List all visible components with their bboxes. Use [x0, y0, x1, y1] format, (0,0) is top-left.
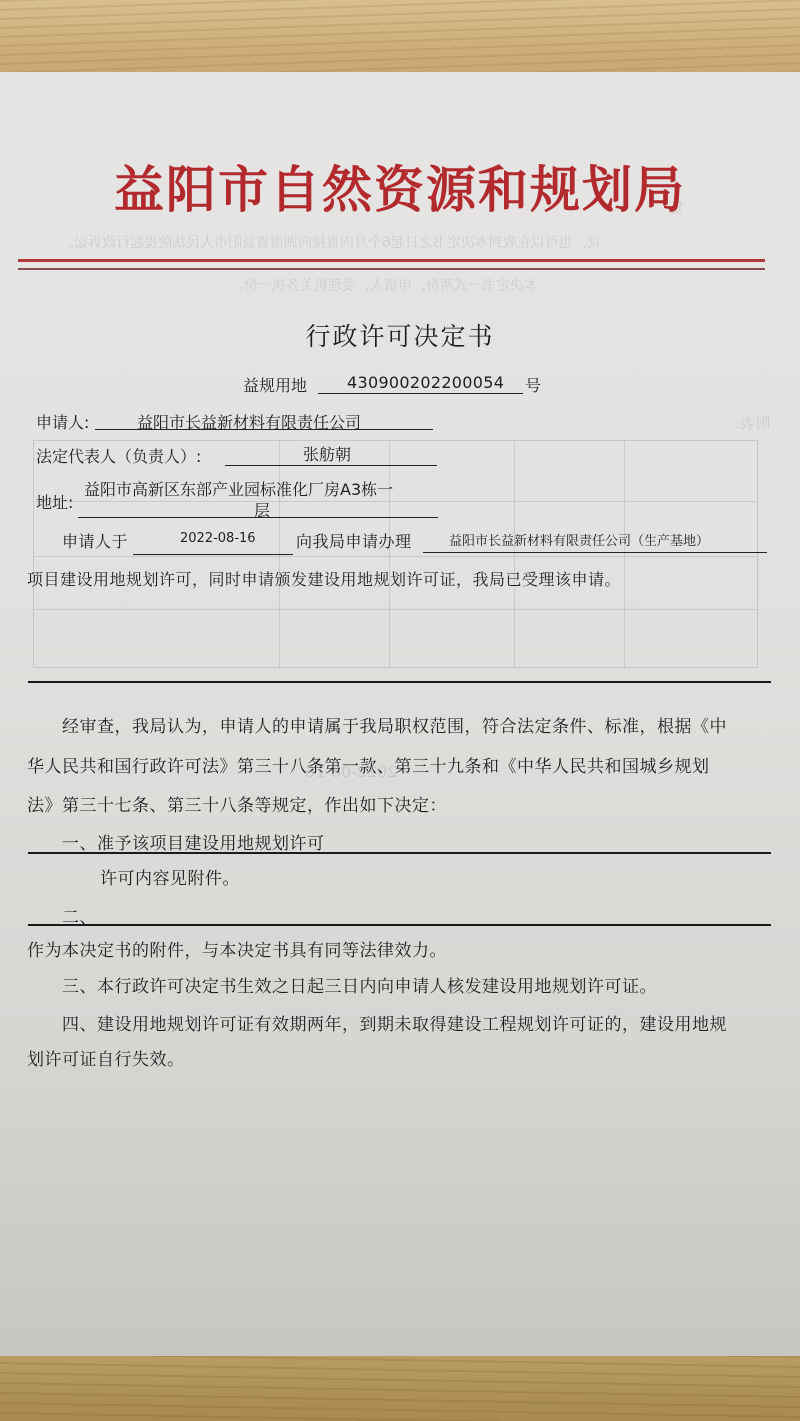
address-value-line1: 益阳市高新区东部产业园标准化厂房A3栋一 [84, 477, 393, 500]
address-underline [78, 517, 438, 518]
decision-item-1-note: 许可内容见附件。 [100, 864, 240, 889]
application-date-underline [133, 554, 293, 555]
address-label: 地址: [36, 490, 73, 513]
application-project: 益阳市长益新材料有限责任公司（生产基地） [449, 530, 709, 549]
doc-number-suffix: 号 [525, 373, 541, 396]
wooden-table-top [0, 0, 800, 72]
application-middle: 向我局申请办理 [296, 529, 412, 552]
decision-item-1: 一、准予该项目建设用地规划许可 [62, 829, 325, 854]
decision-item-3: 三、本行政许可决定书生效之日起三日内向申请人核发建设用地规划许可证。 [62, 972, 657, 997]
review-line-1: 经审查，我局认为，申请人的申请属于我局职权范围，符合法定条件、标准，根据《中 [62, 712, 727, 737]
application-continuation: 项目建设用地规划许可，同时申请颁发建设用地规划许可证，我局已受理该申请。 [27, 567, 621, 590]
decision-item-2-note: 作为本决定书的附件，与本决定书具有同等法律效力。 [27, 936, 447, 961]
decision-item-1-underline [28, 852, 771, 854]
doc-number-value: 430900202200054 [347, 373, 504, 392]
legal-rep-label: 法定代表人（负责人）: [36, 444, 201, 467]
doc-number-underline [318, 393, 523, 394]
masthead-divider [18, 268, 765, 270]
application-date: 2022-08-16 [180, 531, 256, 546]
application-project-underline [423, 552, 767, 553]
decision-item-4-line-2: 划许可证自行失效。 [27, 1045, 185, 1070]
applicant-underline [95, 429, 433, 430]
ghost-attachment-label: 附表: [735, 412, 770, 433]
ghost-text-back-2: 议，也可以在收到本决定书之日起6个月内直接向湖南省益阳市人民法院提起行政诉讼。 [60, 232, 601, 252]
wooden-table-bottom [0, 1356, 800, 1421]
review-line-3: 法》第三十七条、第三十八条等规定，作出如下决定： [27, 791, 447, 816]
issuer-masthead: 益阳市自然资源和规划局 [0, 150, 800, 222]
legal-rep-underline [225, 465, 437, 466]
decision-item-2-underline [28, 924, 771, 926]
ghost-text-back-3: 本决定书一式两份，申请人、受理机关各执一份。 [230, 275, 538, 295]
doc-number-prefix: 益规用地 [243, 373, 307, 396]
applicant-label: 申请人: [36, 410, 89, 433]
section-divider [28, 681, 771, 683]
decision-item-4-line-1: 四、建设用地规划许可证有效期两年，到期未取得建设工程规划许可证的，建设用地规 [62, 1010, 727, 1035]
legal-rep-value: 张舫朝 [303, 442, 351, 465]
document-title: 行政许可决定书 [0, 317, 800, 353]
masthead-red-rule [18, 259, 765, 262]
application-prefix: 申请人于 [62, 529, 128, 552]
review-line-2: 华人民共和国行政许可法》第三十八条第一款、第三十九条和《中华人民共和国城乡规划 [27, 752, 710, 777]
